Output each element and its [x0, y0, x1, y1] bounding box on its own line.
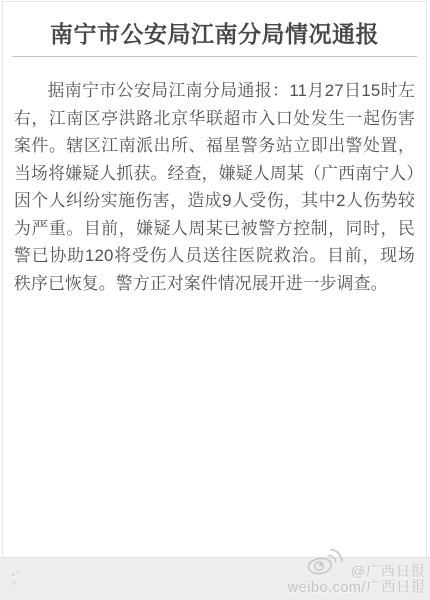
notice-image: 南宁市公安局江南分局情况通报 据南宁市公安局江南分局通报：11月27日15时左右…	[0, 0, 430, 600]
watermark-footer: @广西日报 weibo.com/广西日报	[0, 557, 430, 600]
title-divider	[12, 56, 417, 57]
notice-title: 南宁市公安局江南分局情况通报	[3, 19, 426, 49]
notice-panel: 南宁市公安局江南分局情况通报 据南宁市公安局江南分局通报：11月27日15时左右…	[2, 1, 427, 557]
watermark-url: weibo.com/广西日报	[288, 581, 426, 596]
notice-body-text: 据南宁市公安局江南分局通报：11月27日15时左右，江南区亭洪路北京华联超市入口…	[14, 77, 415, 297]
watermark-account: @广西日报	[351, 564, 426, 578]
weibo-logo-icon	[306, 546, 344, 581]
weibo-watermark: @广西日报 weibo.com/广西日报	[288, 562, 426, 596]
